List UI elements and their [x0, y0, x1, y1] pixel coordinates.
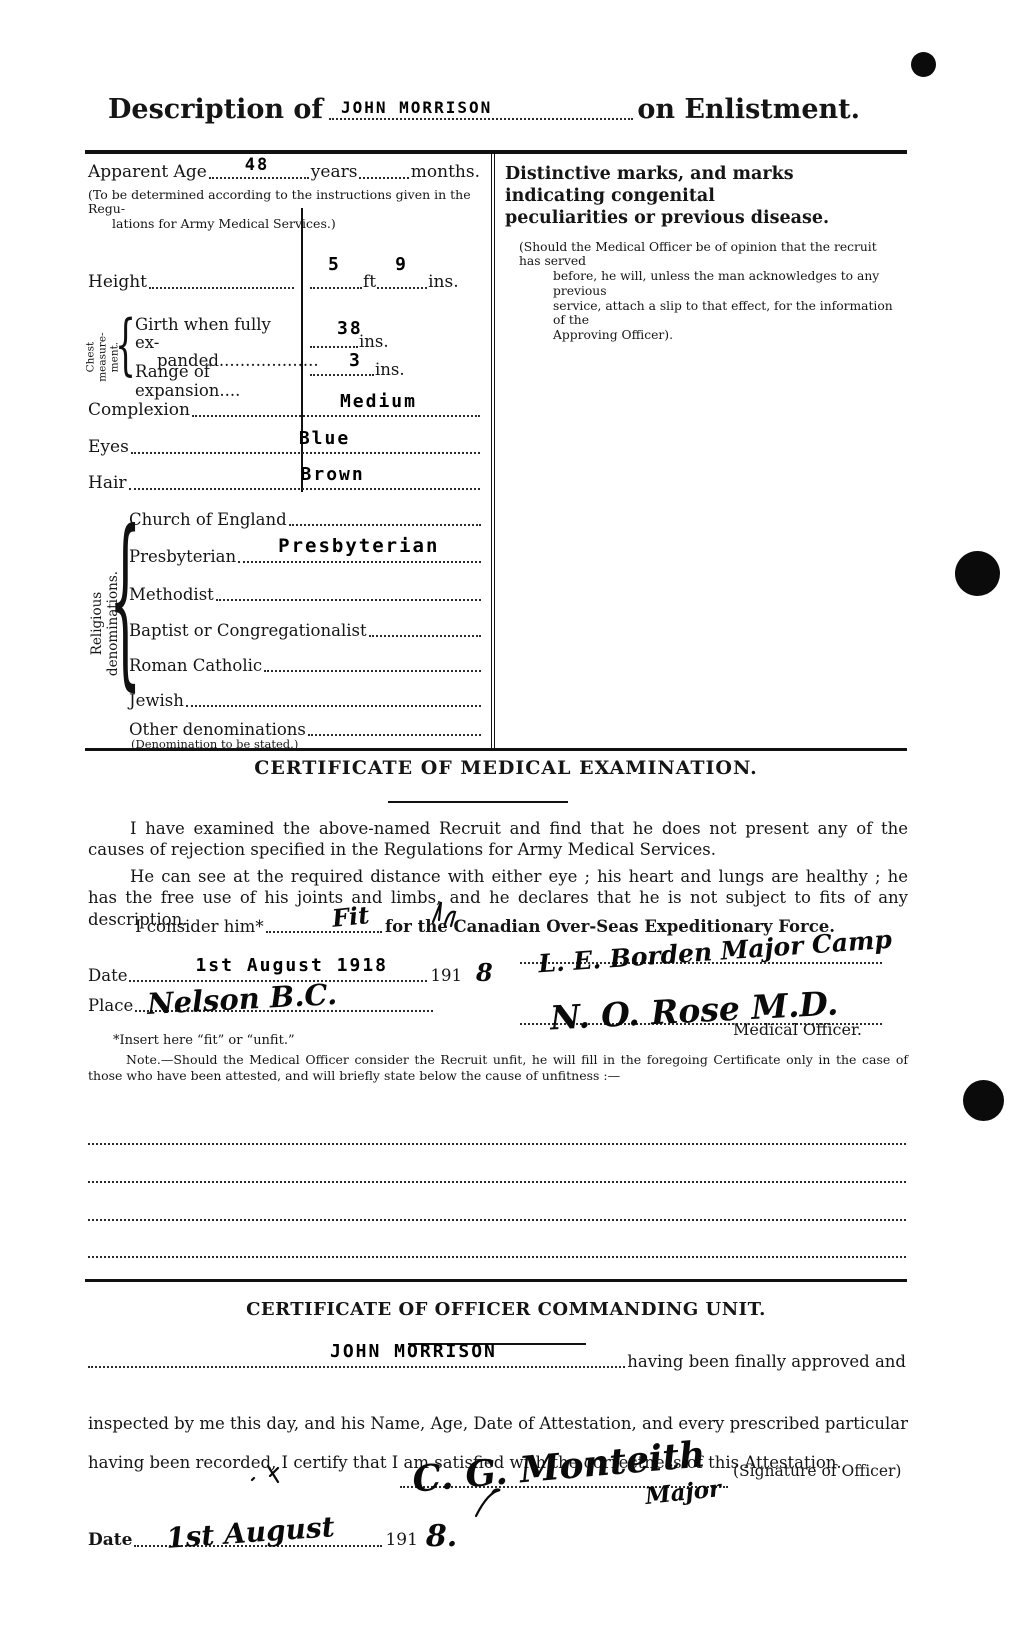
girth-unit: ins. [359, 332, 389, 351]
eyes-value: Blue [299, 428, 350, 449]
description-box: Apparent Age 48 years months. (To be det… [85, 150, 907, 751]
religion-jewish-label: Jewish [129, 691, 184, 710]
hair-row: Hair Brown [88, 473, 480, 493]
ink-dot-top [911, 52, 936, 77]
marks-note-line3: service, attach a slip to that effect, f… [519, 299, 899, 329]
approver-signature-line: L. E. Borden Major Camp [520, 958, 882, 964]
medical-place-label: Place [88, 996, 133, 1015]
insert-fit-note: *Insert here “fit” or “unfit.” [113, 1033, 295, 1048]
range-unit-row: ins. [309, 360, 405, 379]
marks-note-line1: (Should the Medical Officer be of opinio… [519, 240, 899, 270]
apparent-age-note-line1: (To be determined according to the instr… [88, 188, 484, 217]
religion-row-church: Church of England [129, 510, 481, 529]
height-row: Height [88, 272, 298, 292]
religion-row-catholic: Roman Catholic [129, 656, 481, 675]
eyes-label: Eyes [88, 437, 129, 457]
girth-label-line1: Girth when fully ex- [135, 316, 300, 352]
marks-note-line4: Approving Officer). [519, 328, 899, 343]
commanding-name-row: JOHN MORRISON having been finally approv… [88, 1352, 906, 1371]
height-inches-blank: 9 [377, 283, 427, 289]
approved-text: having been finally approved and [627, 1352, 906, 1371]
religion-row-baptist: Baptist or Congregationalist [129, 621, 481, 640]
hair-blank: Brown [129, 484, 480, 490]
height-feet-value: 5 [328, 254, 341, 275]
ink-dot-middle [955, 551, 1000, 596]
complexion-row: Complexion Medium [88, 400, 480, 420]
medical-place-blank: Nelson B.C. [135, 1006, 433, 1012]
ft-label: ft [363, 272, 376, 292]
section-divider-rule [85, 1279, 907, 1282]
complexion-blank: Medium [192, 411, 480, 417]
complexion-value: Medium [340, 391, 417, 412]
religion-presbyterian-label: Presbyterian [129, 547, 236, 566]
height-feet-blank: 5 [310, 283, 362, 289]
marks-heading-line2: peculiarities or previous disease. [505, 208, 899, 230]
marks-note-line2: before, he will, unless the man acknowle… [519, 269, 899, 299]
medical-date-label: Date [88, 966, 127, 985]
medical-note: Note.—Should the Medical Officer conside… [88, 1052, 908, 1083]
religion-church-blank [289, 520, 481, 526]
eyes-row: Eyes Blue [88, 437, 480, 457]
title-suffix: on Enlistment. [637, 94, 860, 125]
months-label: months. [411, 162, 480, 182]
distinctive-marks-note: (Should the Medical Officer be of opinio… [519, 240, 899, 343]
enlistment-form-page: Description of JOHN MORRISON on Enlistme… [0, 0, 1012, 1632]
commanding-name-blank: JOHN MORRISON [88, 1362, 625, 1368]
ins-label: ins. [428, 272, 459, 292]
commanding-date-hand: 1st August [165, 1510, 336, 1555]
apparent-age-years-blank: 48 [209, 173, 309, 179]
height-inches-value: 9 [395, 254, 408, 275]
apparent-age-note: (To be determined according to the instr… [88, 188, 484, 231]
height-blank [149, 283, 294, 289]
page-title: Description of JOHN MORRISON on Enlistme… [108, 94, 860, 125]
religion-church-label: Church of England [129, 510, 287, 529]
religion-jewish-blank [186, 701, 481, 707]
religion-catholic-blank [264, 666, 481, 672]
religion-baptist-label: Baptist or Congregationalist [129, 621, 367, 640]
apparent-age-label: Apparent Age [88, 162, 207, 182]
religion-selected-value: Presbyterian [278, 535, 439, 557]
height-value-row: 5 ft 9 ins. [309, 272, 481, 292]
height-label: Height [88, 272, 147, 292]
medical-year-hand: 8 [476, 958, 493, 987]
apparent-age-months-blank [359, 173, 408, 179]
apparent-age-row: Apparent Age 48 years months. [88, 162, 480, 182]
consider-blank: Fit [266, 927, 382, 933]
range-label: Range of expansion.... [135, 362, 300, 400]
religion-row-methodist: Methodist [129, 585, 481, 604]
description-left-column: Apparent Age 48 years months. (To be det… [85, 154, 495, 748]
religion-catholic-label: Roman Catholic [129, 656, 262, 675]
girth-unit-row: ins. [309, 332, 389, 351]
unfitness-blank-line-4 [88, 1243, 906, 1258]
consider-prefix: I consider him* [135, 917, 264, 936]
religion-presbyterian-blank: Presbyterian [238, 557, 481, 563]
medical-year-prefix: 191 [430, 966, 462, 985]
apparent-age-note-line2: lations for Army Medical Services.) [88, 217, 484, 231]
medical-place-row: Place Nelson B.C. [88, 996, 433, 1015]
hair-value: Brown [301, 464, 365, 485]
religion-baptist-blank [369, 631, 481, 637]
range-unit: ins. [375, 360, 405, 379]
consider-value-hand: Fit [330, 900, 370, 933]
medical-date-typed: 1st August 1918 [195, 955, 388, 976]
religion-row-presbyterian: Presbyterian Presbyterian [129, 547, 481, 566]
religion-methodist-label: Methodist [129, 585, 214, 604]
range-blank [310, 370, 374, 376]
marks-heading-line1: Distinctive marks, and marks indicating … [505, 164, 899, 208]
commanding-date-row: Date 1st August 191 8. [88, 1515, 508, 1550]
medical-para1: I have examined the above-named Recruit … [88, 818, 908, 861]
unfitness-blank-line-2 [88, 1168, 906, 1183]
eyes-blank: Blue [131, 448, 480, 454]
years-label: years [311, 162, 358, 182]
distinctive-marks-heading: Distinctive marks, and marks indicating … [505, 164, 899, 230]
medical-heading-rule [388, 801, 568, 803]
commanding-date-blank: 1st August [134, 1541, 382, 1547]
apparent-age-value: 48 [245, 155, 269, 175]
religion-other-note: (Denomination to be stated.) [131, 737, 298, 751]
signature-of-officer-label: (Signature of Officer) [733, 1462, 901, 1480]
unfitness-blank-line-3 [88, 1206, 906, 1221]
commanding-year-prefix: 191 [385, 1530, 417, 1550]
recruit-name-typed: JOHN MORRISON [341, 98, 492, 117]
medical-certificate-heading: CERTIFICATE OF MEDICAL EXAMINATION. [0, 757, 1012, 779]
commanding-year-hand: 8. [426, 1519, 457, 1554]
religion-methodist-blank [216, 595, 481, 601]
chest-brace: { [115, 312, 136, 378]
title-name-line: JOHN MORRISON [329, 114, 633, 120]
commanding-date-label: Date [88, 1530, 132, 1550]
description-right-column: Distinctive marks, and marks indicating … [505, 154, 899, 343]
commanding-certificate-heading: CERTIFICATE OF OFFICER COMMANDING UNIT. [0, 1299, 1012, 1320]
ink-x-mark [246, 1462, 286, 1488]
complexion-label: Complexion [88, 400, 190, 420]
religion-row-jewish: Jewish [129, 691, 481, 710]
ink-flourish [470, 1486, 510, 1520]
girth-blank [310, 342, 358, 348]
unfitness-blank-line-1 [88, 1130, 906, 1145]
religion-other-blank [308, 730, 481, 736]
medical-officer-label: Medical Officer. [733, 1020, 862, 1039]
commanding-name-typed: JOHN MORRISON [330, 1341, 497, 1362]
ink-dot-bottom [963, 1080, 1004, 1121]
title-prefix: Description of [108, 94, 323, 125]
consider-row: I consider him* Fit for the Canadian Ove… [135, 917, 835, 936]
